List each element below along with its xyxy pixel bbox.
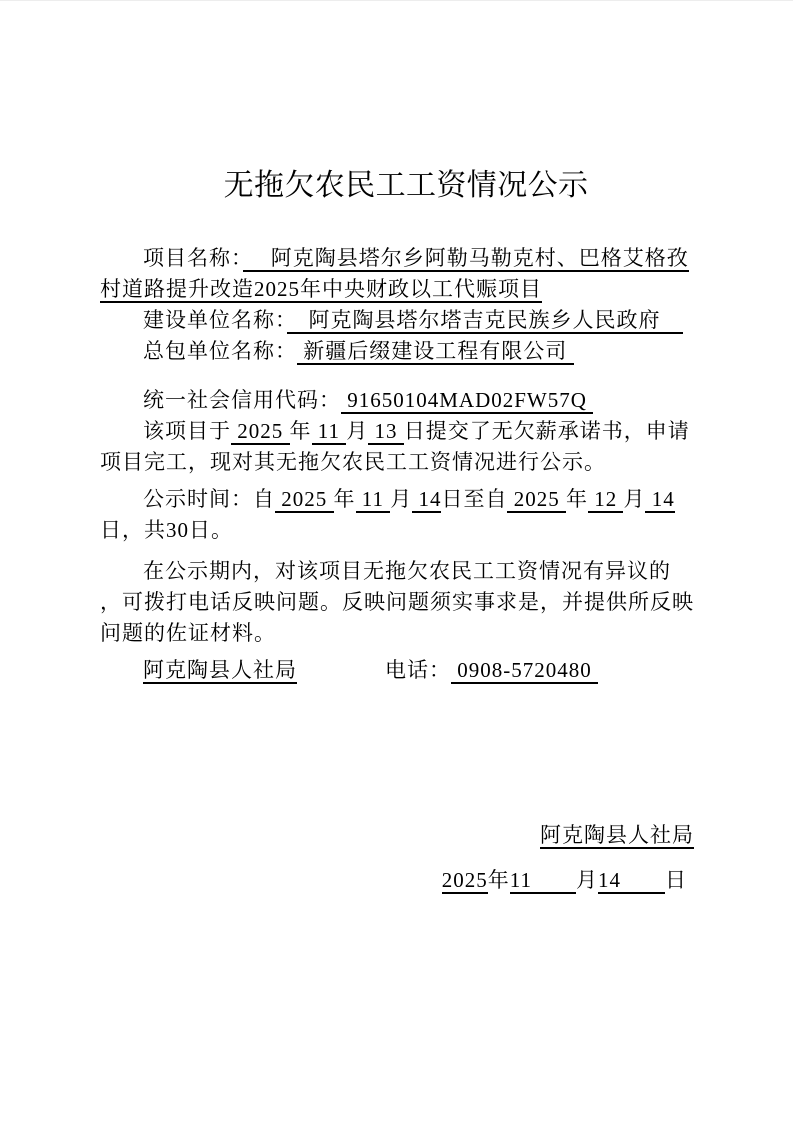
underlined-field: 13 (368, 419, 404, 445)
text-segment: 日，共30日。 (100, 518, 233, 542)
text-segment (297, 658, 385, 682)
text-segment: 年 (488, 868, 510, 892)
text-segment: 年 (290, 419, 312, 443)
underlined-field: 阿克陶县人社局 (540, 823, 694, 849)
underlined-field: 0908-5720480 (451, 658, 598, 684)
text-segment: 日 (665, 868, 687, 892)
project-name-line1: 项目名称： 阿克陶县塔尔乡阿勒马勒克村、巴格艾格孜 (100, 243, 712, 274)
commitment-line2: 项目完工，现对其无拖欠农民工工资情况进行公示。 (100, 447, 712, 478)
builder-line: 建设单位名称： 阿克陶县塔尔塔吉克民族乡人民政府 (100, 305, 712, 336)
underlined-field: 村道路提升改造2025年中央财政以工代赈项目 (100, 277, 542, 303)
underlined-field: 91650104MAD02FW57Q (341, 388, 593, 414)
text-segment: 年 (566, 487, 588, 511)
text-segment: 日提交了无欠薪承诺书，申请 (404, 419, 690, 443)
text-segment: 月 (576, 868, 598, 892)
text-segment: 月 (623, 487, 645, 511)
underlined-field: 12 (588, 487, 624, 513)
doc-title: 无拖欠农民工工资情况公示 (100, 167, 712, 204)
text-segment: ，可拨打电话反映问题。反映问题须实事求是，并提供所反映 (100, 590, 694, 614)
underlined-field: 2025 (507, 487, 566, 513)
text-segment: 月 (346, 419, 368, 443)
text-segment: 年 (334, 487, 356, 511)
text-segment: 项目名称： (143, 246, 243, 270)
objection-line1: 在公示期内，对该项目无拖欠农民工工资情况有异议的 (100, 556, 712, 587)
underlined-field: 14 (598, 868, 665, 894)
publicity-line1: 公示时间：自 2025 年 11 月 14日至自 2025 年 12 月 14 (100, 484, 712, 515)
text-segment: 电话： (385, 658, 451, 682)
objection-line3: 问题的佐证材料。 (100, 618, 712, 649)
text-segment: 月 (390, 487, 412, 511)
underlined-field: 14 (412, 487, 441, 513)
text-segment: 统一社会信用代码： (143, 388, 341, 412)
notice-document: 无拖欠农民工工资情况公示 项目名称： 阿克陶县塔尔乡阿勒马勒克村、巴格艾格孜村道… (100, 167, 712, 896)
underlined-field: 阿克陶县塔尔乡阿勒马勒克村、巴格艾格孜 (243, 246, 689, 272)
objection-line2: ，可拨打电话反映问题。反映问题须实事求是，并提供所反映 (100, 587, 712, 618)
underlined-field: 新疆后缀建设工程有限公司 (297, 339, 574, 365)
text-segment: 问题的佐证材料。 (100, 621, 276, 645)
text-segment: 项目完工，现对其无拖欠农民工工资情况进行公示。 (100, 450, 606, 474)
credit-code-line: 统一社会信用代码： 91650104MAD02FW57Q (100, 385, 712, 416)
underlined-field: 2025 (231, 419, 290, 445)
text-segment: 公示时间：自 (143, 487, 275, 511)
signature-line: 阿克陶县人社局 (100, 820, 712, 851)
underlined-field: 2025 (275, 487, 334, 513)
underlined-field: 阿克陶县人社局 (143, 658, 297, 684)
text-segment: 在公示期内，对该项目无拖欠农民工工资情况有异议的 (143, 559, 671, 583)
text-segment: 建设单位名称： (143, 308, 287, 332)
contact-line: 阿克陶县人社局 电话： 0908-5720480 (100, 655, 712, 686)
notice-body: 项目名称： 阿克陶县塔尔乡阿勒马勒克村、巴格艾格孜村道路提升改造2025年中央财… (100, 243, 712, 896)
underlined-field: 2025 (442, 868, 488, 894)
publicity-line2: 日，共30日。 (100, 515, 712, 546)
text-segment: 该项目于 (143, 419, 231, 443)
underlined-field: 阿克陶县塔尔塔吉克民族乡人民政府 (287, 308, 683, 334)
underlined-field: 11 (510, 868, 576, 894)
sign-date-line: 2025年11 月14 日 (100, 865, 712, 896)
underlined-field: 11 (312, 419, 347, 445)
text-segment: 日至自 (441, 487, 507, 511)
document-page: { "colors": { "background": "#ffffff", "… (0, 0, 793, 1122)
underlined-field: 14 (645, 487, 674, 513)
text-segment: 总包单位名称： (143, 339, 297, 363)
contractor-line: 总包单位名称： 新疆后缀建设工程有限公司 (100, 336, 712, 367)
project-name-line2: 村道路提升改造2025年中央财政以工代赈项目 (100, 274, 712, 305)
underlined-field: 11 (356, 487, 391, 513)
commitment-line1: 该项目于 2025 年 11 月 13 日提交了无欠薪承诺书，申请 (100, 416, 712, 447)
